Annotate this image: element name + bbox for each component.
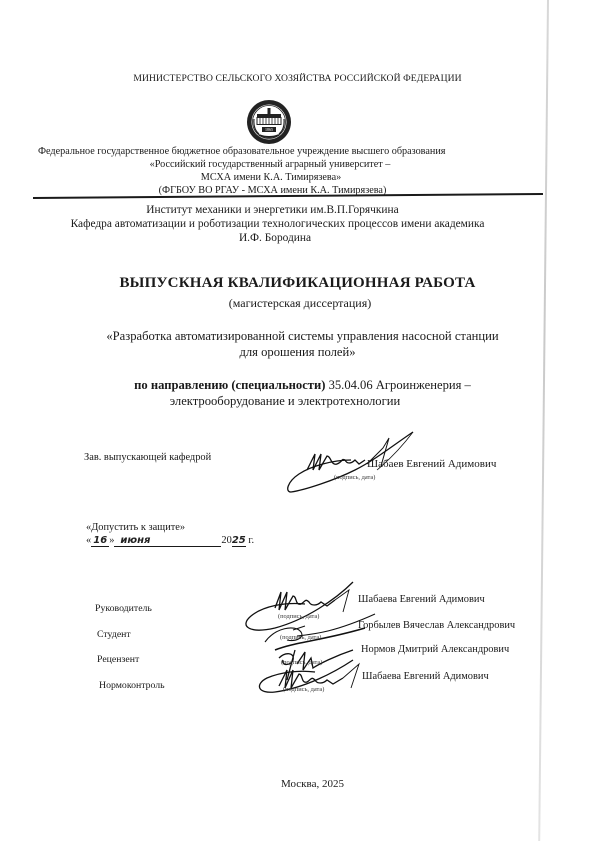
institute-line-3: И.Ф. Бородина [0, 232, 550, 244]
norm-control-name: Шабаева Евгений Адимович [362, 671, 489, 682]
student-name: Горбылев Вячеслав Александрович [358, 620, 515, 631]
reviewer-name: Нормов Дмитрий Александрович [361, 644, 509, 655]
university-emblem-icon: 1865 [246, 99, 292, 145]
ministry-heading: МИНИСТЕРСТВО СЕЛЬСКОГО ХОЗЯЙСТВА РОССИЙС… [0, 73, 595, 84]
institution-line-2: «Российский государственный аграрный уни… [0, 159, 540, 170]
institution-line-1: Федеральное государственное бюджетное об… [38, 146, 445, 157]
signature-caption: (подпись, дата) [283, 686, 324, 693]
date-year-prefix: 20 [221, 535, 231, 546]
svg-text:1865: 1865 [265, 127, 273, 132]
role-student: Студент [97, 629, 131, 640]
admission-date: «16»июня2025 г. [86, 535, 254, 547]
institute-line-1: Институт механики и энергетики им.В.П.Го… [0, 204, 545, 216]
supervisor-name: Шабаева Евгений Адимович [358, 594, 485, 605]
footer-city-year: Москва, 2025 [0, 778, 595, 790]
head-of-department-label: Зав. выпускающей кафедрой [84, 452, 211, 463]
role-supervisor: Руководитель [95, 603, 152, 614]
role-norm-control: Нормоконтроль [99, 680, 165, 691]
role-reviewer: Рецензент [97, 654, 139, 665]
admission-label: «Допустить к защите» [86, 522, 185, 533]
signature-caption: (подпись, дата) [281, 659, 322, 666]
date-day-field: 16 [91, 535, 109, 547]
signature-caption: (подпись, дата) [280, 634, 321, 641]
institute-line-2: Кафедра автоматизации и роботизации техн… [0, 218, 555, 230]
direction-line-1: по направлению (специальности) 35.04.06 … [0, 378, 595, 393]
work-subtype: (магистерская диссертация) [0, 296, 595, 311]
date-year-unit: г. [246, 535, 254, 546]
signature-caption: (подпись, дата) [278, 613, 319, 620]
topic-line-1: «Разработка автоматизированной системы у… [0, 329, 595, 344]
date-year-field: 25 [232, 535, 246, 547]
direction-value: 35.04.06 Агроинженерия – [325, 378, 470, 392]
topic-line-2: для орошения полей» [0, 345, 595, 360]
direction-line-2: электрооборудование и электротехнологии [0, 394, 570, 409]
institution-line-3: МСХА имени К.А. Тимирязева» [0, 172, 542, 183]
head-of-department-name: Шабаев Евгений Адимович [367, 458, 496, 470]
direction-label: по направлению (специальности) [134, 378, 325, 392]
date-month-field: июня [114, 535, 221, 547]
scanned-page-edge [538, 0, 548, 841]
work-type-title: ВЫПУСКНАЯ КВАЛИФИКАЦИОННАЯ РАБОТА [0, 275, 595, 292]
signature-caption: (подпись, дата) [334, 474, 375, 481]
